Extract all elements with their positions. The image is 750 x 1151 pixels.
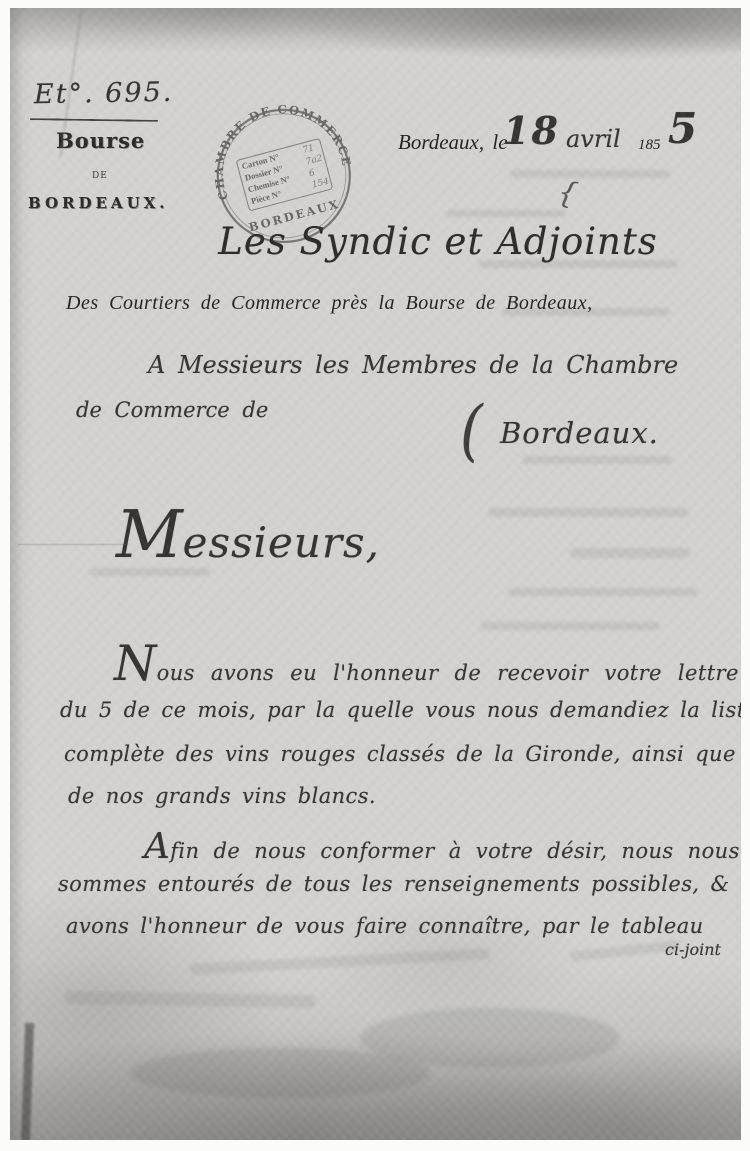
archive-number-underline bbox=[30, 118, 158, 122]
archive-number: Et°. 695. bbox=[34, 77, 174, 110]
bleedthrough-ghost bbox=[508, 588, 698, 596]
address-paren-mark: ( bbox=[460, 391, 483, 469]
stamp-field-carton-value: 71 bbox=[302, 143, 316, 156]
document-photo: Et°. 695. Bourse DE BORDEAUX. CHAMBRE DE… bbox=[10, 8, 741, 1140]
body-p1-line1: Nous avons eu l'honneur de recevoir votr… bbox=[114, 636, 739, 692]
bleedthrough-ghost bbox=[480, 622, 660, 630]
stamp-field-dossier-value: 7a2 bbox=[305, 153, 324, 167]
dateline-day: 18 bbox=[503, 108, 560, 153]
bleedthrough-ghost bbox=[488, 508, 688, 517]
pencil-smudge bbox=[570, 940, 680, 961]
letter-heading: Les Syndic et Adjoints bbox=[178, 220, 698, 263]
body-p1-line2: du 5 de ce mois, par la quelle vous nous… bbox=[60, 698, 741, 722]
dateline-printed-place: Bordeaux, le bbox=[398, 130, 508, 155]
body-p2-line1: Afin de nous conformer à votre désir, no… bbox=[144, 826, 740, 867]
bleedthrough-ghost bbox=[570, 548, 690, 558]
bleedthrough-ghost bbox=[510, 170, 670, 178]
pen-flourish-mark: { bbox=[555, 174, 581, 212]
dateline-year-prefix: 185 bbox=[638, 137, 661, 154]
body-p1-line4: de nos grands vins blancs. bbox=[68, 784, 376, 808]
dateline-year-digit: 5 bbox=[668, 104, 697, 153]
body-p2-line2: sommes entourés de tous les renseignemen… bbox=[58, 872, 741, 896]
scanned-letter-page: Et°. 695. Bourse DE BORDEAUX. CHAMBRE DE… bbox=[0, 0, 750, 1151]
stamp-field-piece-value: 154 bbox=[311, 177, 330, 191]
letterhead-bordeaux: BORDEAUX. bbox=[28, 194, 169, 212]
catchword-ci-joint: ci-joint bbox=[665, 940, 721, 959]
pencil-smudge bbox=[190, 948, 490, 975]
body-p1-line3: complète des vins rouges classés de la G… bbox=[64, 742, 741, 766]
paper-crease bbox=[18, 544, 128, 545]
letterhead-de: DE bbox=[92, 171, 108, 181]
address-line-2: de Commerce de bbox=[76, 398, 268, 422]
paper-stain bbox=[360, 1008, 620, 1068]
photo-grain-overlay bbox=[10, 8, 741, 1140]
address-line-1: A Messieurs les Membres de la Chambre bbox=[148, 351, 678, 379]
bleedthrough-ghost bbox=[522, 456, 672, 464]
pencil-smudge bbox=[65, 991, 315, 1008]
salutation: Messieurs, bbox=[116, 498, 380, 573]
letterhead-bourse: Bourse bbox=[56, 128, 145, 153]
letter-subheading: Des Courtiers de Commerce près la Bourse… bbox=[66, 292, 678, 315]
stamp-field-chemise-value: 6 bbox=[308, 168, 316, 179]
body-p2-line3: avons l'honneur de vous faire connaître,… bbox=[66, 914, 704, 938]
address-line-3: Bordeaux. bbox=[500, 416, 659, 450]
dateline-month: avril bbox=[566, 125, 621, 153]
page-fold-streak bbox=[21, 1023, 34, 1140]
paper-stain bbox=[130, 1048, 430, 1098]
bleedthrough-ghost bbox=[446, 210, 566, 217]
